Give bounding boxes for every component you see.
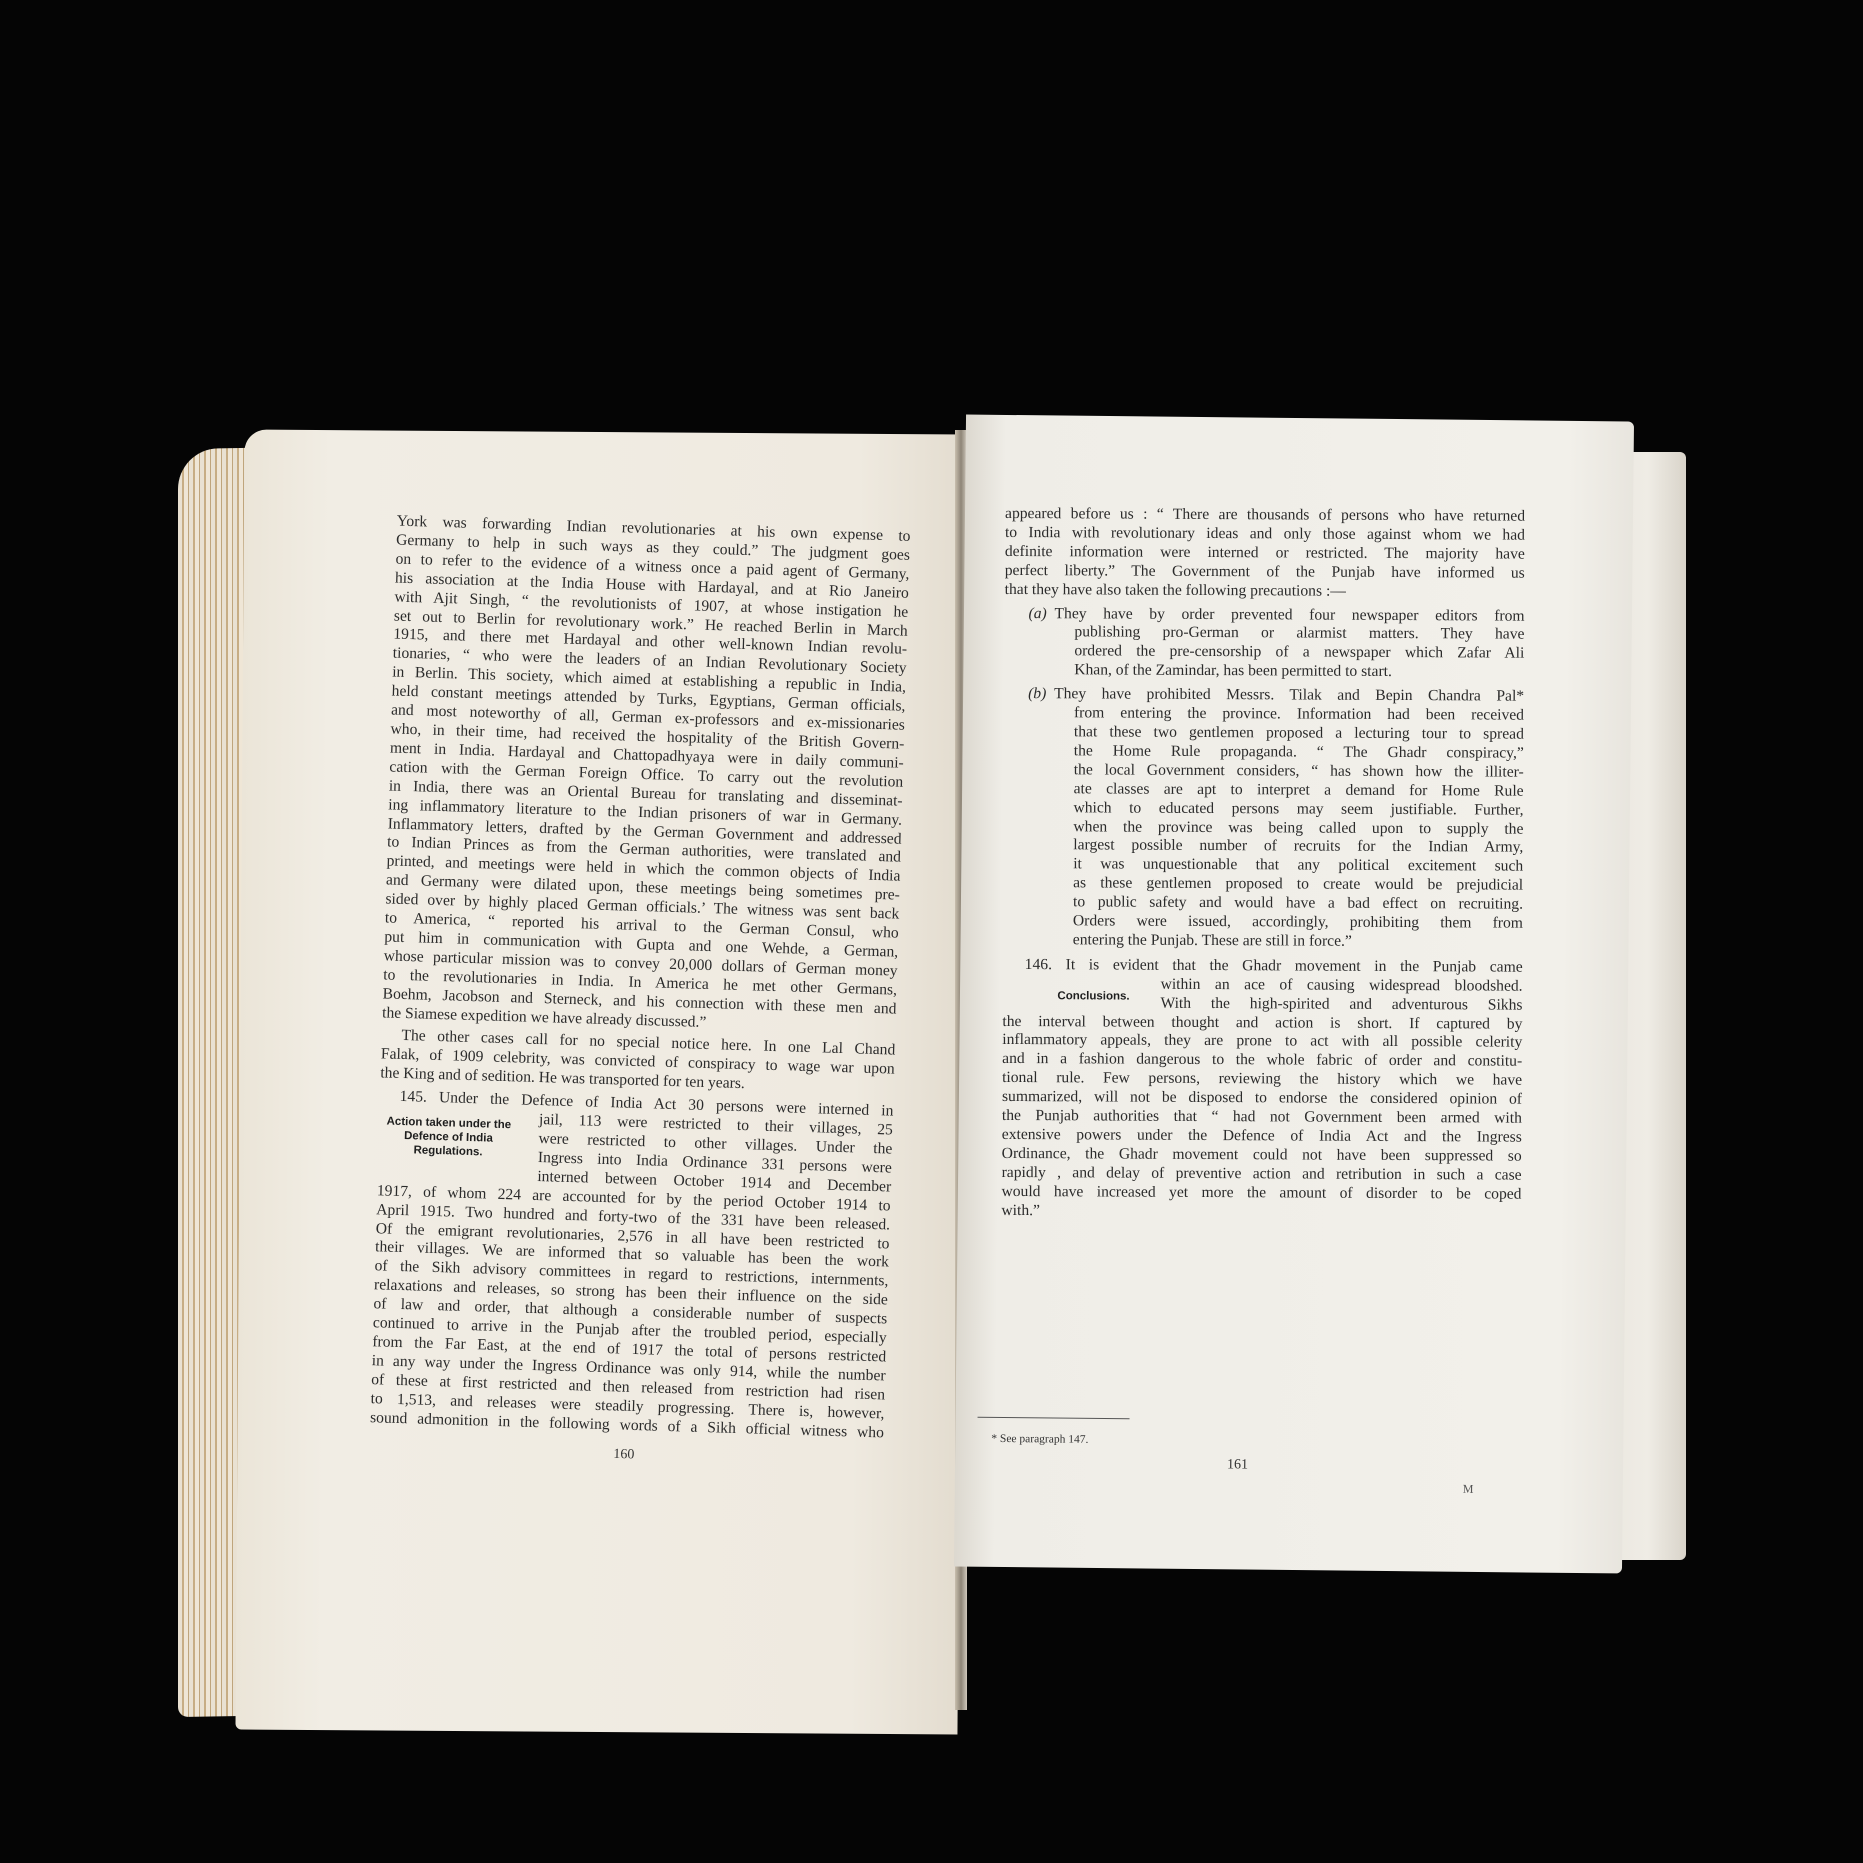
text-line: largest possible number of recruits for … bbox=[1073, 837, 1523, 858]
precaution-item-a: (a) They have by order prevented four ne… bbox=[1004, 604, 1524, 682]
page-number-left: 160 bbox=[613, 1447, 634, 1464]
text-line: that these two gentlemen proposed a lect… bbox=[1074, 723, 1524, 744]
text-line: to India with revolutionary ideas and on… bbox=[1005, 524, 1525, 546]
text-line: extensive powers under the Defence of In… bbox=[1002, 1126, 1522, 1148]
sidenote-action-taken: Action taken under the Defence of India … bbox=[368, 1114, 529, 1161]
text-line: ate classes are apt to interpret a deman… bbox=[1074, 780, 1524, 801]
footnote: * See paragraph 147. bbox=[991, 1433, 1088, 1446]
text-line: definite information were interned or re… bbox=[1005, 543, 1525, 565]
precaution-item-b: (b) They have prohibited Messrs. Tilak a… bbox=[1003, 685, 1524, 952]
text-line: They have by order prevented four newspa… bbox=[1054, 605, 1524, 626]
text-line: rapidly , and delay of preventive action… bbox=[1002, 1164, 1522, 1186]
text-line: With the high-spirited and adventurous S… bbox=[1160, 994, 1522, 1015]
text-line: with.” bbox=[1001, 1202, 1521, 1224]
item-label-b: (b) bbox=[1028, 685, 1046, 704]
text-line: Ordinance, the Ghadr movement could not … bbox=[1002, 1145, 1522, 1167]
text-line: publishing pro-German or alarmist matter… bbox=[1074, 624, 1524, 645]
text-line: the local Government considers, “ has sh… bbox=[1074, 761, 1524, 782]
text-line: that they have also taken the following … bbox=[1005, 581, 1525, 603]
footnote-rule bbox=[978, 1417, 1130, 1420]
text-line: as these gentlemen proposed to create wo… bbox=[1073, 875, 1523, 896]
text-line: Khan, of the Zamindar, has been permitte… bbox=[1074, 662, 1524, 683]
left-page-body: York was forwarding Indian revolutionari… bbox=[370, 513, 911, 1443]
right-page-body: appeared before us : “ There are thousan… bbox=[1001, 505, 1525, 1223]
page-number-right: 161 bbox=[1227, 1457, 1248, 1473]
text-line: They have prohibited Messrs. Tilak and B… bbox=[1054, 685, 1524, 706]
text-line: from entering the province. Information … bbox=[1074, 704, 1524, 725]
item-label-a: (a) bbox=[1028, 605, 1046, 624]
right-page: appeared before us : “ There are thousan… bbox=[954, 415, 1634, 1574]
text-line: perfect liberty.” The Government of the … bbox=[1005, 562, 1525, 584]
text-line: entering the Punjab. These are still in … bbox=[1073, 931, 1523, 952]
text-line: ordered the pre-censorship of a newspape… bbox=[1074, 643, 1524, 664]
open-book: York was forwarding Indian revolutionari… bbox=[0, 0, 1863, 1863]
text-line: appeared before us : “ There are thousan… bbox=[1005, 505, 1525, 527]
text-line: Orders were issued, accordingly, prohibi… bbox=[1073, 912, 1523, 933]
text-line: within an ace of causing widespread bloo… bbox=[1161, 976, 1523, 997]
text-line: it was unquestionable that any political… bbox=[1073, 856, 1523, 877]
text-line: the Home Rule propaganda. “ The Ghadr co… bbox=[1074, 742, 1524, 763]
text-line: which to educated persons may seem justi… bbox=[1073, 799, 1523, 820]
left-page: York was forwarding Indian revolutionari… bbox=[235, 429, 966, 1734]
text-line: would have increased yet more the amount… bbox=[1001, 1183, 1521, 1205]
text-line: to public safety and would have a bad ef… bbox=[1073, 893, 1523, 914]
signature-mark: M bbox=[1463, 1482, 1474, 1497]
text-line: when the province was being called upon … bbox=[1073, 818, 1523, 839]
sidenote-conclusions: Conclusions. bbox=[1038, 989, 1148, 1004]
